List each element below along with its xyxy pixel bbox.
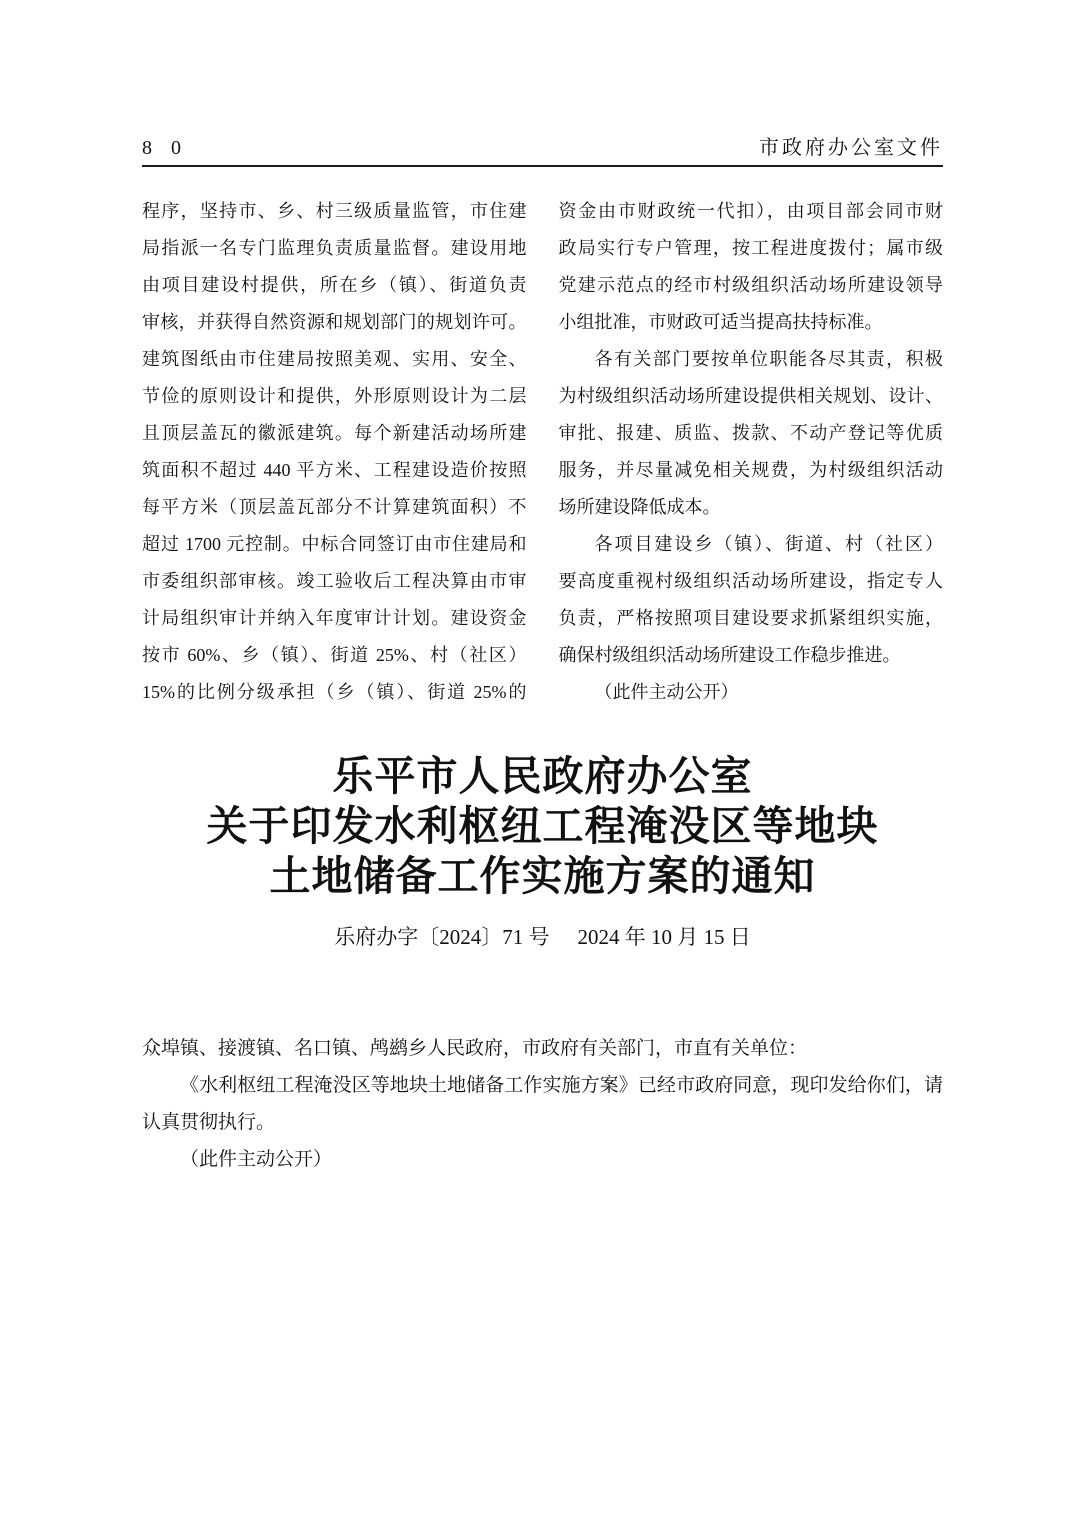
doc-date: 2024 年 10 月 15 日 [578, 925, 751, 949]
body-text-line: 每平方米（顶层盖瓦部分不计算建筑面积）不 [142, 489, 527, 526]
body-text-line: 按市 60%、乡（镇）、街道 25%、村（社区） [142, 637, 527, 674]
body-text-line: 审核，并获得自然资源和规划部门的规划许可。 [142, 304, 527, 341]
notice-text-line: （此件主动公开） [142, 1141, 943, 1178]
body-text-line: 小组批准，市财政可适当提高扶持标准。 [559, 304, 944, 341]
body-columns: 程序，坚持市、乡、村三级质量监管，市住建局指派一名专门监理负责质量监督。建设用地… [142, 193, 943, 711]
body-text-line: 审批、报建、质监、拨款、不动产登记等优质 [559, 415, 944, 452]
body-text-line: 程序，坚持市、乡、村三级质量监管，市住建 [142, 193, 527, 230]
body-text-line: 党建示范点的经市村级组织活动场所建设领导 [559, 267, 944, 304]
header-doc-label: 市政府办公室文件 [759, 136, 943, 160]
notice-text-line: 《水利枢纽工程淹没区等地块土地储备工作实施方案》已经市政府同意，现印发给你们，请 [142, 1067, 943, 1104]
body-text-line: 由项目建设村提供，所在乡（镇）、街道负责 [142, 267, 527, 304]
notice-text-line: 认真贯彻执行。 [142, 1104, 943, 1141]
body-text-line: 政局实行专户管理，按工程进度拨付；属市级 [559, 230, 944, 267]
notice-text-line: 众埠镇、接渡镇、名口镇、鸬鹚乡人民政府，市政府有关部门，市直有关单位： [142, 1030, 943, 1067]
body-text-line: 局指派一名专门监理负责质量监督。建设用地 [142, 230, 527, 267]
body-text-line: 要高度重视村级组织活动场所建设，指定专人 [559, 563, 944, 600]
body-text-line: 节俭的原则设计和提供，外形原则设计为二层 [142, 378, 527, 415]
doc-number: 乐府办字〔2024〕71 号 [334, 925, 549, 949]
body-text-line: 场所建设降低成本。 [559, 489, 944, 526]
title-line-3: 土地储备工作实施方案的通知 [142, 851, 943, 901]
page-header: 8 0 市政府办公室文件 [142, 136, 943, 167]
body-text-line: 负责，严格按照项目建设要求抓紧组织实施， [559, 600, 944, 637]
body-text-line: （此件主动公开） [559, 674, 944, 711]
body-text-line: 市委组织部审核。竣工验收后工程决算由市审 [142, 563, 527, 600]
body-text-line: 且顶层盖瓦的徽派建筑。每个新建活动场所建 [142, 415, 527, 452]
body-text-line: 超过 1700 元控制。中标合同签订由市住建局和 [142, 526, 527, 563]
title-line-2: 关于印发水利枢纽工程淹没区等地块 [142, 801, 943, 851]
document-title: 乐平市人民政府办公室 关于印发水利枢纽工程淹没区等地块 土地储备工作实施方案的通… [142, 751, 943, 901]
page-number: 8 0 [142, 136, 188, 160]
title-line-1: 乐平市人民政府办公室 [142, 751, 943, 801]
left-column: 程序，坚持市、乡、村三级质量监管，市住建局指派一名专门监理负责质量监督。建设用地… [142, 193, 527, 711]
right-column: 资金由市财政统一代扣），由项目部会同市财政局实行专户管理，按工程进度拨付；属市级… [559, 193, 944, 711]
body-text-line: 15%的比例分级承担（乡（镇）、街道 25%的 [142, 674, 527, 711]
body-text-line: 建筑图纸由市住建局按照美观、实用、安全、 [142, 341, 527, 378]
body-text-line: 筑面积不超过 440 平方米、工程建设造价按照 [142, 452, 527, 489]
body-text-line: 各有关部门要按单位职能各尽其责，积极 [559, 341, 944, 378]
doc-meta-line: 乐府办字〔2024〕71 号2024 年 10 月 15 日 [142, 922, 943, 952]
body-text-line: 资金由市财政统一代扣），由项目部会同市财 [559, 193, 944, 230]
document-page: 8 0 市政府办公室文件 程序，坚持市、乡、村三级质量监管，市住建局指派一名专门… [0, 0, 1074, 1520]
notice-block: 众埠镇、接渡镇、名口镇、鸬鹚乡人民政府，市政府有关部门，市直有关单位：《水利枢纽… [142, 1030, 943, 1178]
body-text-line: 服务，并尽量减免相关规费，为村级组织活动 [559, 452, 944, 489]
body-text-line: 计局组织审计并纳入年度审计计划。建设资金 [142, 600, 527, 637]
body-text-line: 为村级组织活动场所建设提供相关规划、设计、 [559, 378, 944, 415]
body-text-line: 确保村级组织活动场所建设工作稳步推进。 [559, 637, 944, 674]
body-text-line: 各项目建设乡（镇）、街道、村（社区） [559, 526, 944, 563]
